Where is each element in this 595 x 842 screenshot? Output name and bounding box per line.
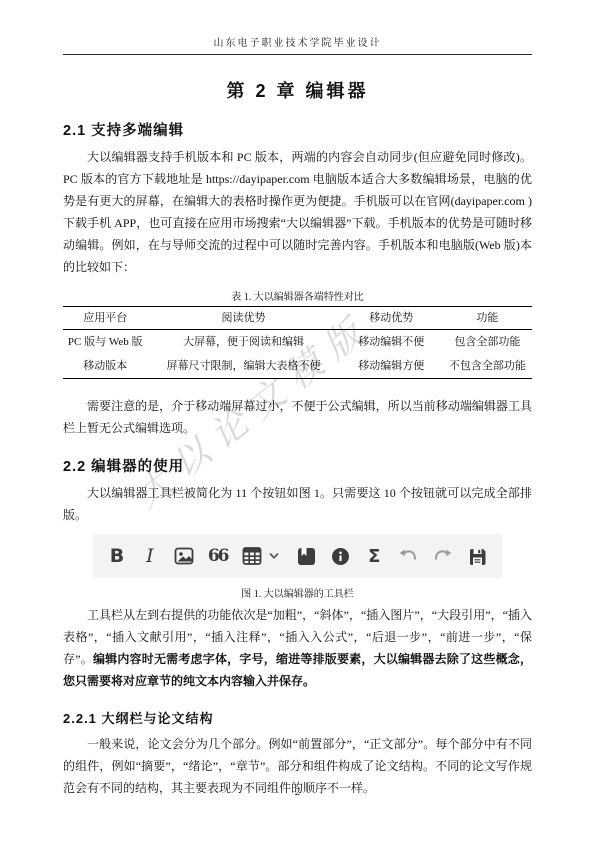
info-icon	[330, 544, 351, 568]
table-header-row: 应用平台 阅读优势 移动优势 功能	[63, 307, 532, 330]
save-icon	[467, 544, 488, 568]
toolbar-figure-image: B I 66	[93, 534, 502, 578]
chevron-down-icon	[264, 544, 284, 568]
table-header-cell: 移动优势	[340, 307, 443, 330]
insert-table-icon	[241, 544, 263, 568]
bold-icon: B	[107, 544, 127, 568]
table-cell: PC 版与 Web 版	[63, 330, 147, 355]
paragraph: 大以编辑器支持手机版本和 PC 版本，两端的内容会自动同步(但应避免同时修改)。…	[63, 146, 532, 278]
citation-bookmark-icon	[296, 544, 317, 568]
table-cell: 包含全部功能	[443, 330, 532, 355]
figure-caption: 图 1. 大以编辑器的工具栏	[63, 585, 532, 600]
formula-sigma-icon: Σ	[364, 544, 384, 568]
table-header-cell: 功能	[443, 307, 532, 330]
table-cell: 移动编辑不便	[340, 330, 443, 355]
paragraph: 工具栏从左到右提供的功能依次是“加粗”，“斜体”，“插入图片”，“大段引用”，“…	[63, 604, 532, 692]
table-caption: 表 1. 大以编辑器各端特性对比	[63, 288, 532, 303]
paragraph: 需要注意的是，介于移动端屏幕过小，不便于公式编辑，所以当前移动端编辑器工具栏上暂…	[63, 395, 532, 439]
paragraph-bold-text: 编辑内容时无需考虑字体，字号，缩进等排版要素，大以编辑器去除了这些概念，您只需要…	[63, 652, 532, 688]
running-header: 山东电子职业技术学院毕业设计	[63, 0, 532, 55]
section-heading-2-2-1: 2.2.1 大纲栏与论文结构	[63, 708, 532, 727]
undo-icon	[397, 544, 419, 568]
table-row: 移动版本 屏幕尺寸限制，编辑大表格不便 移动编辑方便 不包含全部功能	[63, 354, 532, 379]
redo-icon	[432, 544, 454, 568]
paragraph: 大以编辑器工具栏被简化为 11 个按钮如图 1。只需要这 10 个按钮就可以完成…	[63, 482, 532, 526]
table-cell: 大屏幕，便于阅读和编辑	[147, 330, 339, 355]
platform-comparison-table: 应用平台 阅读优势 移动优势 功能 PC 版与 Web 版 大屏幕，便于阅读和编…	[63, 306, 532, 379]
paragraph: 一般来说，论文会分为几个部分。例如“前置部分”，“正文部分”。每个部分中有不同的…	[63, 733, 532, 799]
section-heading-2-1: 2.1 支持多端编辑	[63, 119, 532, 140]
table-cell: 移动版本	[63, 354, 147, 379]
table-cell: 不包含全部功能	[443, 354, 532, 379]
italic-icon: I	[140, 544, 160, 568]
document-page: 大以论文模版 山东电子职业技术学院毕业设计 第 2 章 编辑器 2.1 支持多端…	[0, 0, 595, 842]
section-heading-2-2: 2.2 编辑器的使用	[63, 455, 532, 476]
blockquote-icon: 66	[208, 544, 228, 568]
insert-image-icon	[173, 544, 195, 568]
table-row: PC 版与 Web 版 大屏幕，便于阅读和编辑 移动编辑不便 包含全部功能	[63, 330, 532, 355]
table-cell: 移动编辑方便	[340, 354, 443, 379]
table-header-cell: 应用平台	[63, 307, 147, 330]
table-cell: 屏幕尺寸限制，编辑大表格不便	[147, 354, 339, 379]
table-header-cell: 阅读优势	[147, 307, 339, 330]
chapter-title: 第 2 章 编辑器	[63, 77, 532, 103]
